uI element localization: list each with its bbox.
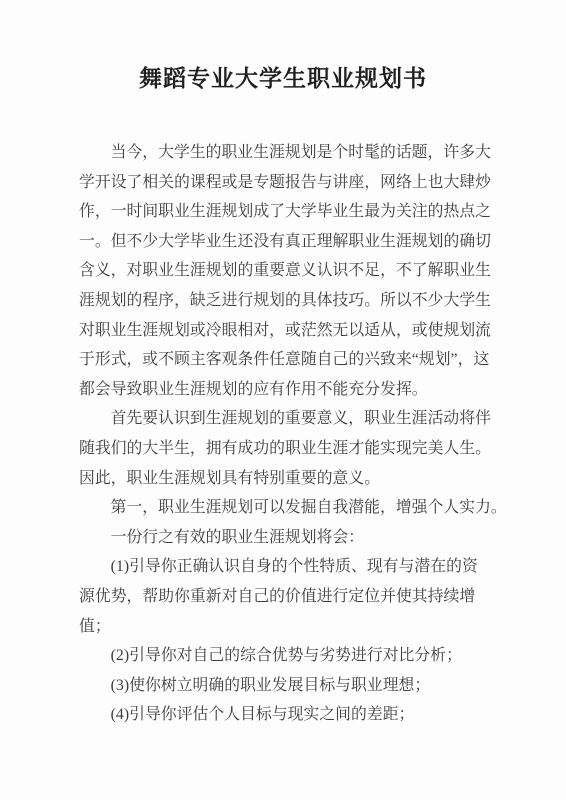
text-line: 因此，职业生涯规划具有特别重要的意义。 <box>79 464 493 494</box>
text-line: (4)引导你评估个人目标与现实之间的差距； <box>79 700 493 730</box>
text-line: 源优势，帮助你重新对自己的价值进行定位并使其持续增 <box>79 582 493 612</box>
text-line: 一。但不少大学毕业生还没有真正理解职业生涯规划的确切 <box>79 227 493 257</box>
text-line: 首先要认识到生涯规划的重要意义，职业生涯活动将伴 <box>79 404 493 434</box>
text-line: 第一，职业生涯规划可以发掘自我潜能，增强个人实力。 <box>79 493 493 523</box>
document-page: 舞蹈专业大学生职业规划书 当今，大学生的职业生涯规划是个时髦的话题，许多大学开设… <box>0 0 566 800</box>
text-line: 于形式，或不顾主客观条件任意随自己的兴致来“规划”，这 <box>79 345 493 375</box>
text-line: 作，一时间职业生涯规划成了大学毕业生最为关注的热点之 <box>79 197 493 227</box>
text-line: 对职业生涯规划或冷眼相对，或茫然无以适从，或使规划流 <box>79 316 493 346</box>
document-title: 舞蹈专业大学生职业规划书 <box>0 64 566 95</box>
text-line: (1)引导你正确认识自身的个性特质、现有与潜在的资 <box>79 552 493 582</box>
text-line: (2)引导你对自己的综合优势与劣势进行对比分析； <box>79 641 493 671</box>
text-line: 都会导致职业生涯规划的应有作用不能充分发挥。 <box>79 375 493 405</box>
text-line: 当今，大学生的职业生涯规划是个时髦的话题，许多大 <box>79 138 493 168</box>
text-line: (3)使你树立明确的职业发展目标与职业理想； <box>79 671 493 701</box>
document-body: 当今，大学生的职业生涯规划是个时髦的话题，许多大学开设了相关的课程或是专题报告与… <box>79 138 493 730</box>
text-line: 学开设了相关的课程或是专题报告与讲座，网络上也大肆炒 <box>79 168 493 198</box>
text-line: 涯规划的程序，缺乏进行规划的具体技巧。所以不少大学生 <box>79 286 493 316</box>
text-line: 随我们的大半生，拥有成功的职业生涯才能实现完美人生。 <box>79 434 493 464</box>
text-line: 一份行之有效的职业生涯规划将会： <box>79 523 493 553</box>
text-line: 含义，对职业生涯规划的重要意义认识不足，不了解职业生 <box>79 256 493 286</box>
text-line: 值； <box>79 612 493 642</box>
